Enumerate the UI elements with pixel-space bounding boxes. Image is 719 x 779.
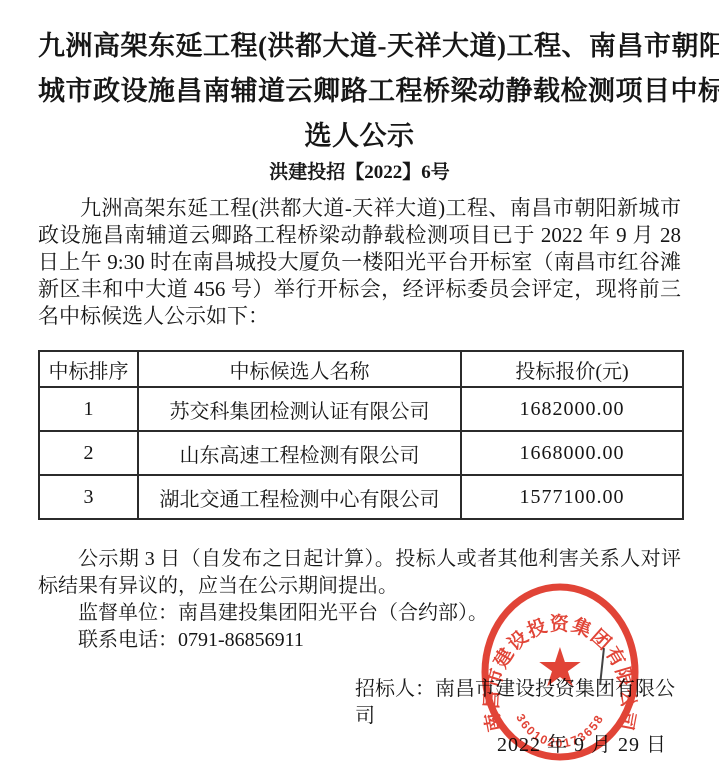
contact-phone-line: 联系电话：0791-86856911 (38, 627, 681, 654)
rank-cell: 3 (39, 475, 138, 519)
candidate-name-cell: 山东高速工程检测有限公司 (138, 431, 461, 475)
supervisor-line: 监督单位：南昌建投集团阳光平台（合约部）。 (38, 600, 681, 627)
bid-price-cell: 1668000.00 (461, 431, 683, 475)
rank-cell: 1 (39, 387, 138, 431)
table-row: 3 湖北交通工程检测中心有限公司 1577100.00 (39, 475, 683, 519)
bid-candidates-table: 中标排序 中标候选人名称 投标报价(元) 1 苏交科集团检测认证有限公司 168… (38, 350, 684, 520)
title-line-2: 城市政设施昌南辅道云卿路工程桥梁动静载检测项目中标候 (38, 69, 681, 114)
header-bid-price: 投标报价(元) (461, 351, 683, 387)
intro-paragraph: 九洲高架东延工程(洪都大道-天祥大道)工程、南昌市朝阳新城市政设施昌南辅道云卿路… (38, 195, 681, 330)
title-line-1: 九洲高架东延工程(洪都大道-天祥大道)工程、南昌市朝阳新 (38, 24, 681, 69)
table-row: 1 苏交科集团检测认证有限公司 1682000.00 (39, 387, 683, 431)
bid-price-cell: 1682000.00 (461, 387, 683, 431)
rank-cell: 2 (39, 431, 138, 475)
header-candidate-name: 中标候选人名称 (138, 351, 461, 387)
header-rank: 中标排序 (39, 351, 138, 387)
publicity-period-notice: 公示期 3 日（自发布之日起计算）。投标人或者其他利害关系人对评标结果有异议的，… (38, 546, 681, 600)
table-row: 2 山东高速工程检测有限公司 1668000.00 (39, 431, 683, 475)
candidate-name-cell: 湖北交通工程检测中心有限公司 (138, 475, 461, 519)
document-number: 洪建投招【2022】6号 (38, 160, 681, 186)
bid-price-cell: 1577100.00 (461, 475, 683, 519)
title-line-3: 选人公示 (38, 114, 681, 159)
candidate-name-cell: 苏交科集团检测认证有限公司 (138, 387, 461, 431)
signature-date: 2022 年 9 月 29 日 (497, 732, 681, 759)
bidder-signature-line: 招标人：南昌市建设投资集团有限公司 (355, 676, 681, 730)
table-header-row: 中标排序 中标候选人名称 投标报价(元) (39, 351, 683, 387)
announcement-document: 九洲高架东延工程(洪都大道-天祥大道)工程、南昌市朝阳新 城市政设施昌南辅道云卿… (0, 0, 719, 779)
page-title: 九洲高架东延工程(洪都大道-天祥大道)工程、南昌市朝阳新 城市政设施昌南辅道云卿… (38, 24, 681, 159)
